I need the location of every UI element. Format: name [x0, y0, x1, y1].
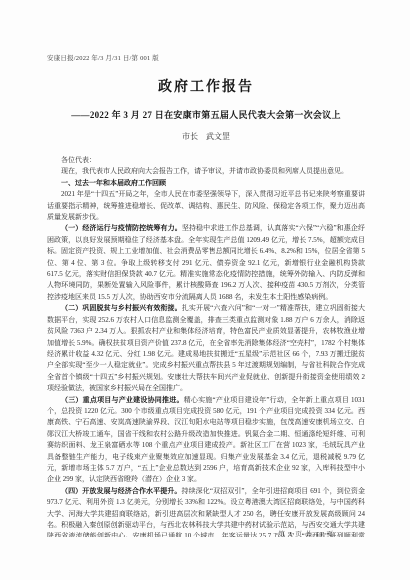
document-page: 安康日报/2022 年/3 月/31 日/第 001 版 政府工作报告 ——20…: [0, 0, 410, 580]
section-paragraph-1: （一）经济运行与疫情防控统筹有力。坚持稳中求进工作总基调，认真落实“六保”“六稳…: [47, 223, 365, 303]
section-paragraph-3: （三）重点项目与产业建设协同推进。精心实施“产业项目建设年”行动，全年新上重点项…: [47, 395, 365, 486]
salutation: 各位代表：: [47, 155, 365, 166]
section-3-text: 精心实施“产业项目建设年”行动，全年新上重点项目 1031 个，总投资 1220…: [47, 396, 365, 484]
section-1-text: 坚持稳中求进工作总基调，认真落实“六保”“六稳”和惠企纾困政策，以良好发展预期稳…: [47, 224, 365, 300]
document-body: 各位代表： 现在，我代表市人民政府向大会报告工作，请予审议，并请市政协委员和列席…: [47, 155, 365, 537]
section-paragraph-2: （二）巩固脱贫与乡村振兴有效衔接。扎实开展“六查六问”和“一对一”精准帮扶，建立…: [47, 303, 365, 394]
page-number: 第 1 页 共 11 页: [278, 529, 334, 538]
document-title: 政府工作报告: [47, 76, 365, 96]
document-subtitle: ——2022 年 3 月 27 日在安康市第五届人民代表大会第一次会议上: [47, 108, 365, 121]
section-2-lead: （二）巩固脱贫与乡村振兴有效衔接。: [61, 304, 182, 312]
byline: 市长 武文罡: [47, 131, 365, 142]
section-2-text: 扎实开展“六查六问”和“一对一”精准帮扶，建立巩固衔接大数据平台，实现 252.…: [47, 304, 365, 392]
section-3-lead: （三）重点项目与产业建设协同推进。: [61, 396, 184, 404]
intro-paragraph: 现在，我代表市人民政府向大会报告工作，请予审议，并请市政协委员和列席人员提出意见…: [47, 166, 365, 177]
overview-paragraph: 2021 年是“十四五”开局之年，全市人民在市委坚强领导下，深入贯彻习近平总书记…: [47, 189, 365, 223]
section-1-lead: （一）经济运行与疫情防控统筹有力。: [61, 224, 182, 232]
section-one-heading: 一、过去一年和本届政府工作回顾: [47, 178, 365, 189]
masthead: 安康日报/2022 年/3 月/31 日/第 001 版: [47, 53, 365, 62]
section-4-lead: （四）开放发展与经济合作水平提升。: [61, 487, 182, 495]
